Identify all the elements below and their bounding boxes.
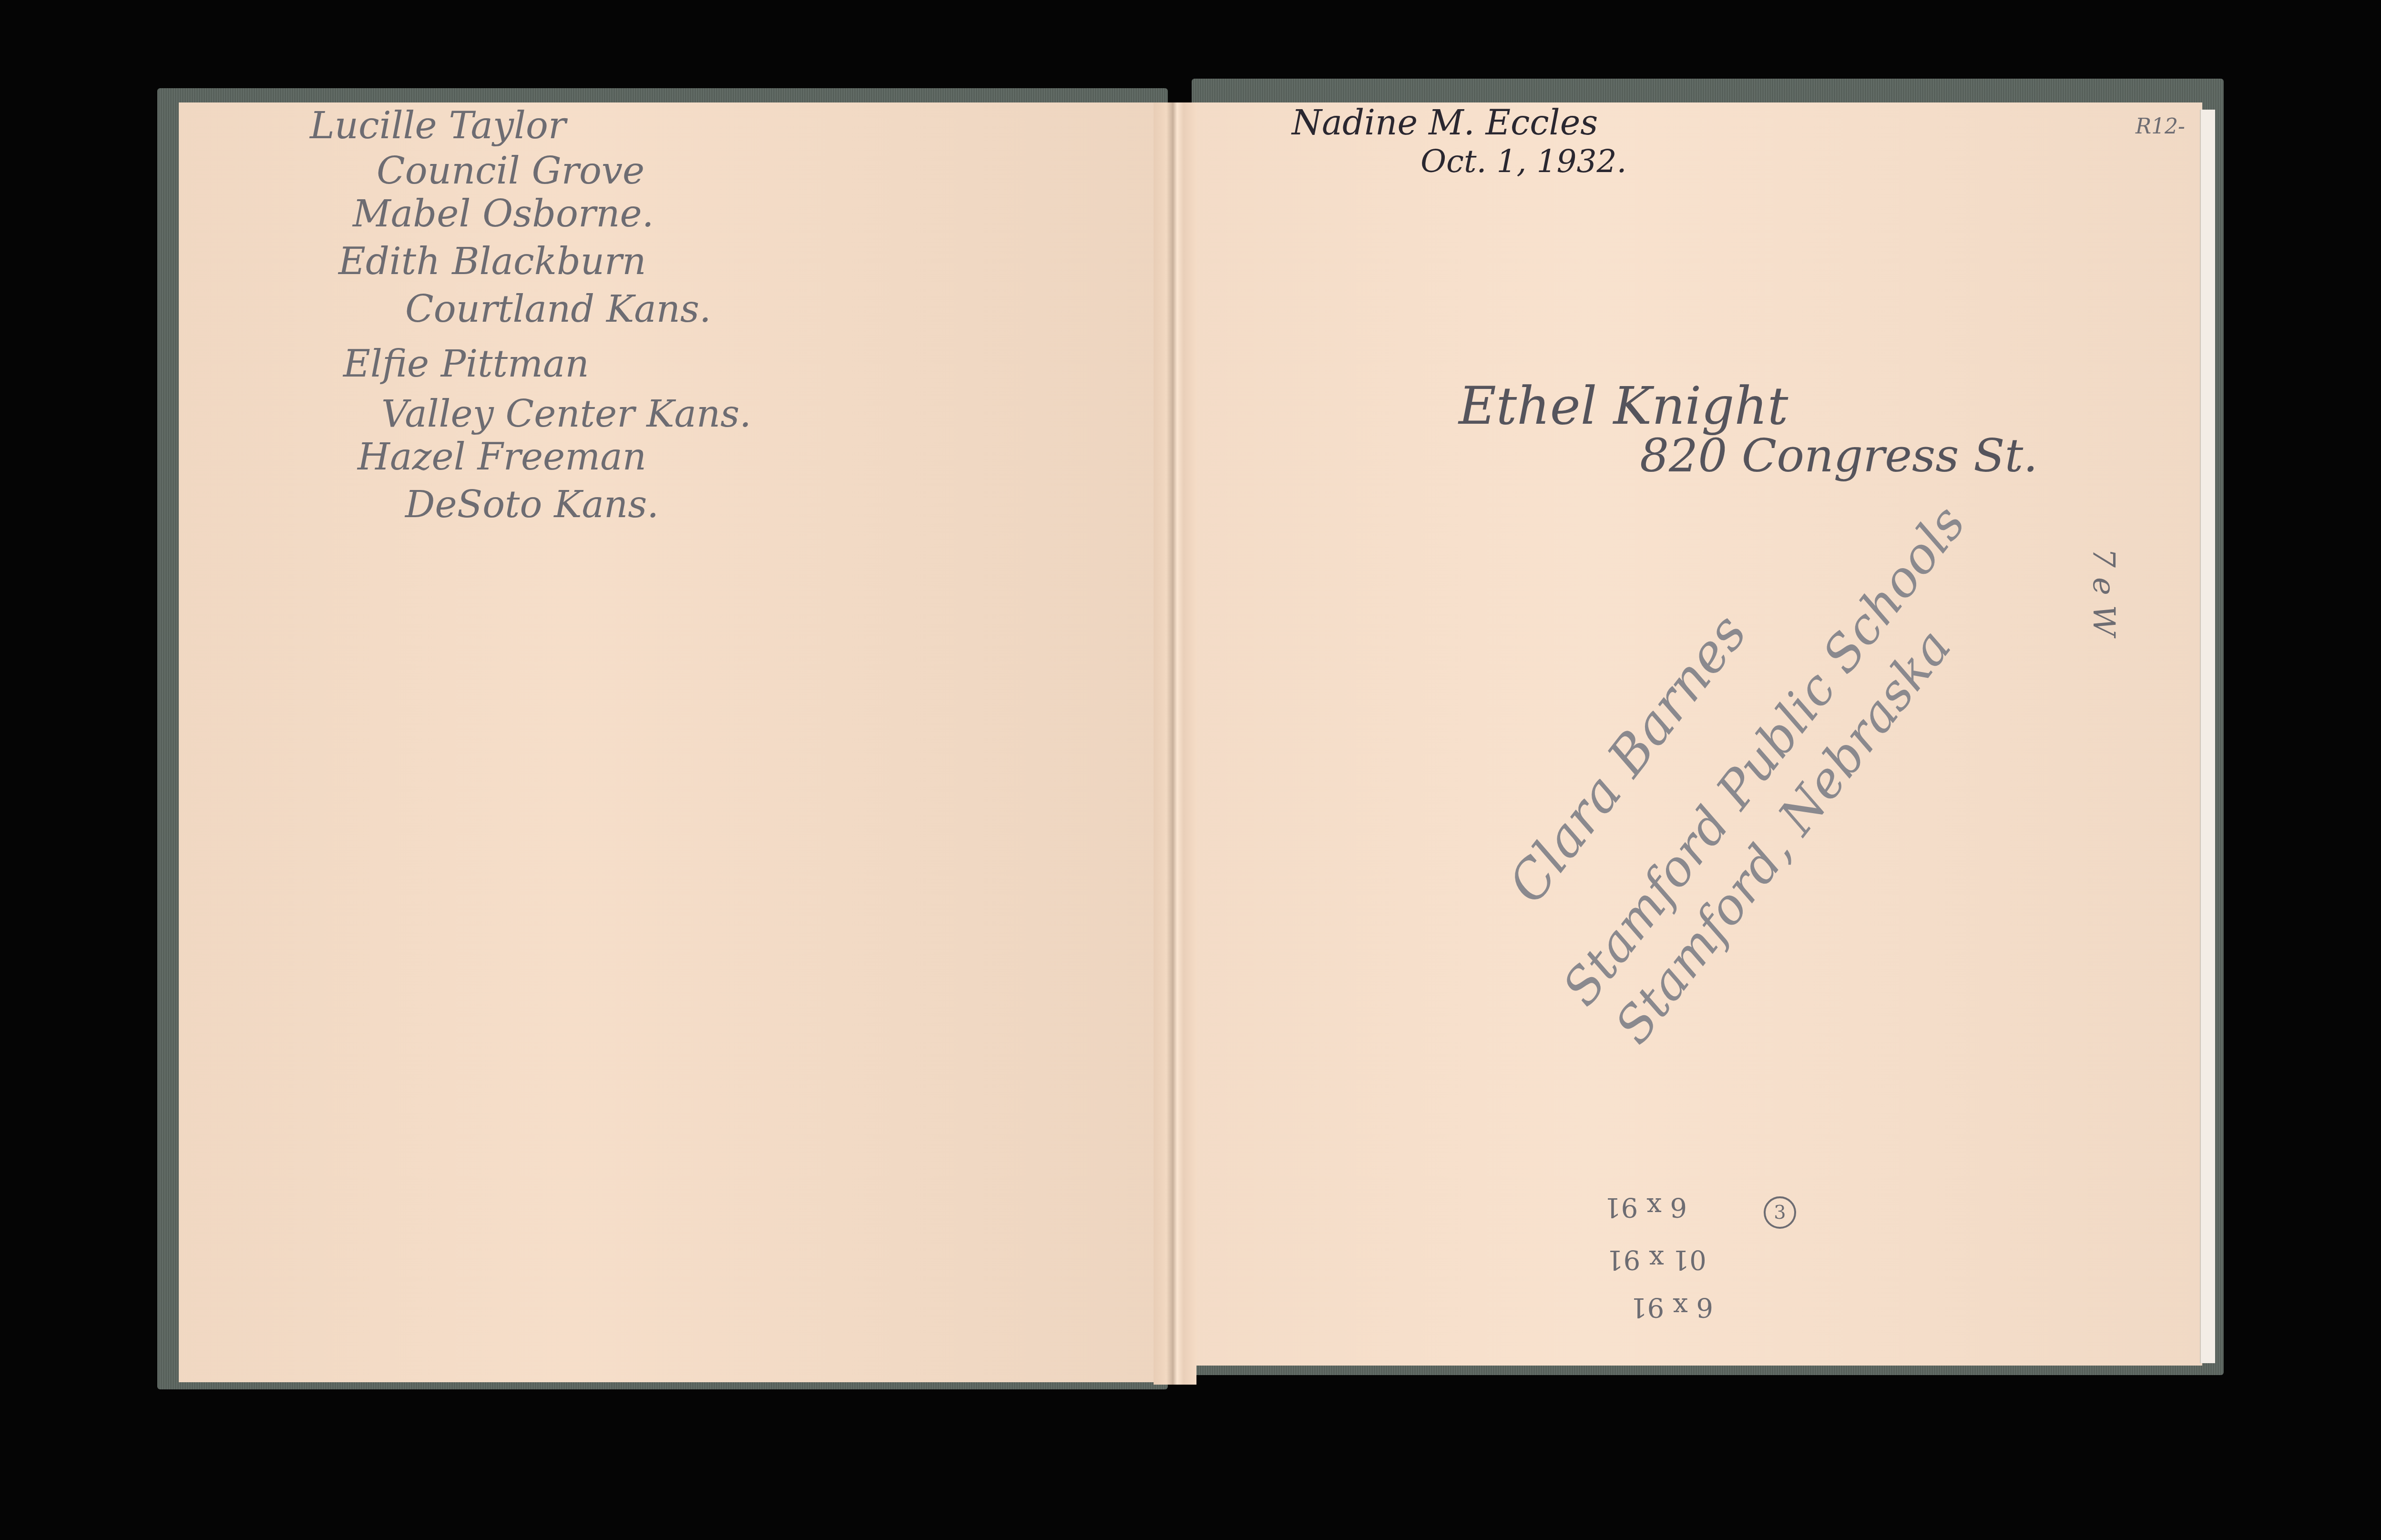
ethel-knight-address: 820 Congress St. — [1640, 429, 2038, 482]
inscription-courtland-kans: Courtland Kans. — [405, 291, 711, 328]
circled-number: 3 — [1764, 1196, 1796, 1229]
book-gutter — [1154, 102, 1196, 1385]
owner-signature-date: Oct. 1, 1932. — [1420, 143, 1626, 180]
page-fore-edge — [2200, 110, 2215, 1363]
inscription-elfie-pittman: Elfie Pittman — [343, 346, 589, 383]
ethel-knight-name: Ethel Knight — [1459, 377, 1788, 436]
inscription-edith-blackburn: Edith Blackburn — [338, 243, 646, 280]
right-flyleaf — [1187, 102, 2202, 1366]
corner-catalog-mark: R12- — [2136, 114, 2185, 139]
inscription-lucille-taylor: Lucille Taylor — [310, 107, 566, 144]
inscription-desoto-kans: DeSoto Kans. — [405, 486, 659, 523]
owner-signature-name: Nadine M. Eccles — [1292, 102, 1598, 143]
inscription-valley-center-kans: Valley Center Kans. — [381, 396, 751, 433]
inscription-hazel-freeman: Hazel Freeman — [358, 439, 646, 476]
inscription-mabel-osborne: Mabel Osborne. — [353, 195, 654, 233]
upside-down-number-1: 6 x 91 — [1604, 1192, 1687, 1223]
upside-down-number-3: 6 x 91 — [1630, 1292, 1713, 1323]
upside-down-number-2: 01 x 91 — [1606, 1244, 1707, 1275]
margin-mark-sideways: 7 e W — [2086, 548, 2121, 636]
inscription-council-grove: Council Grove — [377, 153, 644, 190]
